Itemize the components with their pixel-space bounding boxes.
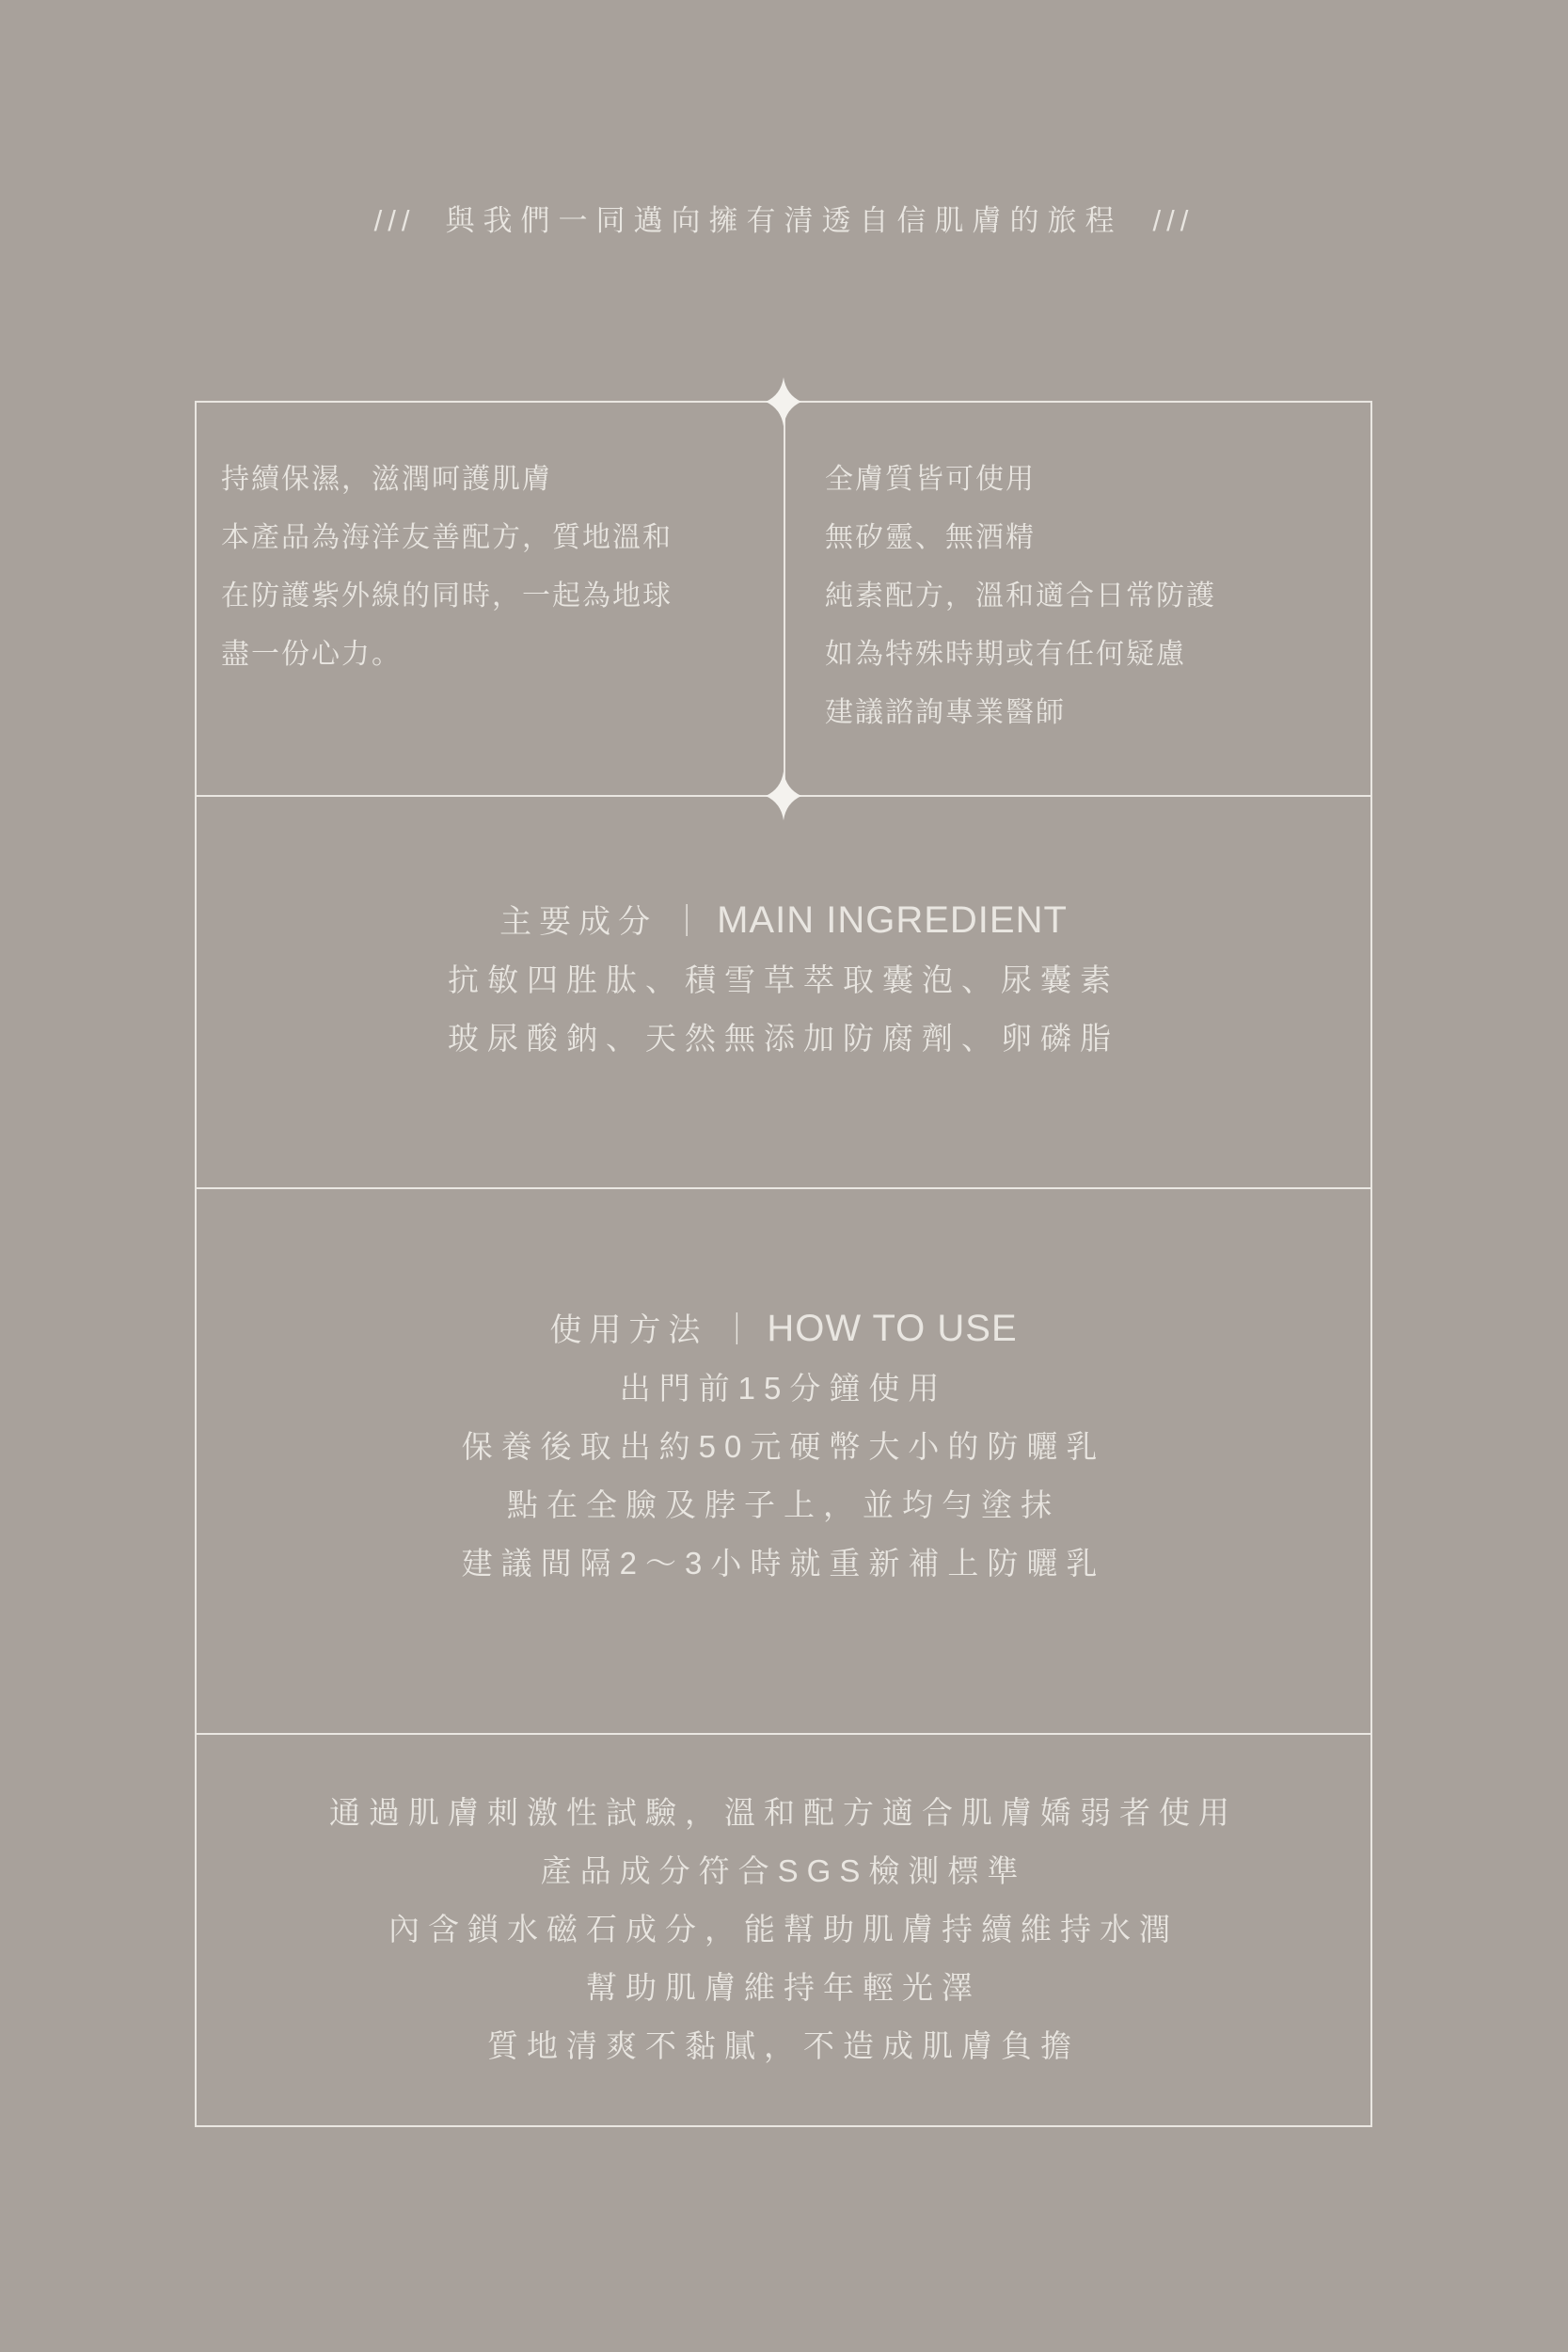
feature-line: 持續保濕，滋潤呵護肌膚 bbox=[221, 451, 784, 509]
claim-line: 幫助肌膚維持年輕光澤 bbox=[197, 1959, 1370, 2017]
suitability-line: 全膚質皆可使用 bbox=[825, 451, 1370, 509]
suitability-line: 建議諮詢專業醫師 bbox=[825, 684, 1370, 742]
tagline-slashes-left: /// bbox=[374, 204, 416, 237]
ingredients-line: 玻尿酸鈉、天然無添加防腐劑、卵磷脂 bbox=[197, 1009, 1370, 1068]
ingredients-heading-zh: 主要成分 bbox=[499, 904, 657, 940]
tagline: ///與我們一同邁向擁有清透自信肌膚的旅程/// bbox=[0, 200, 1568, 242]
usage-line: 點在全臉及脖子上，並均勻塗抹 bbox=[197, 1476, 1370, 1534]
claim-line: 質地清爽不黏膩，不造成肌膚負擔 bbox=[197, 2017, 1370, 2075]
usage-line: 保養後取出約50元硬幣大小的防曬乳 bbox=[197, 1418, 1370, 1476]
usage-heading-en: HOW TO USE bbox=[767, 1308, 1017, 1349]
claims-section: 通過肌膚刺激性試驗，溫和配方適合肌膚嬌弱者使用 產品成分符合SGS檢測標準 內含… bbox=[197, 1735, 1370, 2125]
feature-column: 持續保濕，滋潤呵護肌膚 本產品為海洋友善配方，質地溫和 在防護紫外線的同時，一起… bbox=[197, 403, 784, 795]
feature-line: 盡一份心力。 bbox=[221, 626, 784, 684]
product-detail-page: { "palette": { "background": "#a8a19b", … bbox=[0, 0, 1568, 2352]
ingredients-heading-en: MAIN INGREDIENT bbox=[717, 899, 1068, 941]
usage-heading: 使用方法｜HOW TO USE bbox=[197, 1299, 1370, 1359]
feature-line: 在防護紫外線的同時，一起為地球 bbox=[221, 567, 784, 626]
usage-section: 使用方法｜HOW TO USE 出門前15分鐘使用 保養後取出約50元硬幣大小的… bbox=[197, 1189, 1370, 1735]
heading-separator: ｜ bbox=[671, 904, 711, 940]
heading-separator: ｜ bbox=[721, 1312, 761, 1348]
ingredients-heading: 主要成分｜MAIN INGREDIENT bbox=[197, 891, 1370, 951]
usage-heading-zh: 使用方法 bbox=[549, 1312, 707, 1348]
usage-line: 出門前15分鐘使用 bbox=[197, 1359, 1370, 1418]
info-panel: 持續保濕，滋潤呵護肌膚 本產品為海洋友善配方，質地溫和 在防護紫外線的同時，一起… bbox=[195, 401, 1372, 2127]
ingredients-line: 抗敏四胜肽、積雪草萃取囊泡、尿囊素 bbox=[197, 951, 1370, 1009]
claim-line: 內含鎖水磁石成分，能幫助肌膚持續維持水潤 bbox=[197, 1900, 1370, 1959]
claim-line: 通過肌膚刺激性試驗，溫和配方適合肌膚嬌弱者使用 bbox=[197, 1784, 1370, 1842]
claim-line: 產品成分符合SGS檢測標準 bbox=[197, 1842, 1370, 1900]
ingredients-section: 主要成分｜MAIN INGREDIENT 抗敏四胜肽、積雪草萃取囊泡、尿囊素 玻… bbox=[197, 797, 1370, 1189]
suitability-column: 全膚質皆可使用 無矽靈、無酒精 純素配方，溫和適合日常防護 如為特殊時期或有任何… bbox=[784, 403, 1370, 795]
suitability-line: 如為特殊時期或有任何疑慮 bbox=[825, 626, 1370, 684]
intro-section: 持續保濕，滋潤呵護肌膚 本產品為海洋友善配方，質地溫和 在防護紫外線的同時，一起… bbox=[197, 403, 1370, 797]
usage-line: 建議間隔2～3小時就重新補上防曬乳 bbox=[197, 1534, 1370, 1593]
suitability-line: 純素配方，溫和適合日常防護 bbox=[825, 567, 1370, 626]
feature-line: 本產品為海洋友善配方，質地溫和 bbox=[221, 509, 784, 567]
tagline-slashes-right: /// bbox=[1153, 204, 1195, 237]
tagline-text: 與我們一同邁向擁有清透自信肌膚的旅程 bbox=[446, 204, 1123, 237]
suitability-line: 無矽靈、無酒精 bbox=[825, 509, 1370, 567]
